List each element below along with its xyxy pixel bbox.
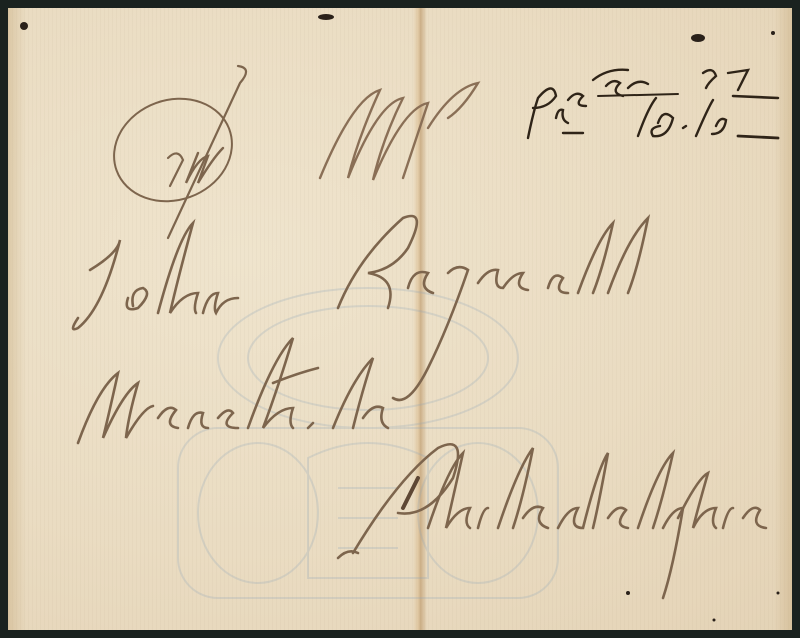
letter-cover: Pia dar 917 Ps — 16.16 — For Mr John Rey… bbox=[8, 8, 792, 630]
handwriting-layer bbox=[8, 8, 792, 630]
photo-frame: Pia dar 917 Ps — 16.16 — For Mr John Rey… bbox=[0, 0, 800, 638]
name-reynell bbox=[338, 216, 648, 400]
name-john bbox=[73, 223, 238, 329]
rate-marking bbox=[528, 70, 778, 138]
salutation-mr bbox=[320, 83, 478, 180]
city-philadelphia bbox=[338, 444, 766, 598]
title-mercht-in bbox=[78, 338, 388, 443]
endorsement-for bbox=[100, 66, 247, 238]
